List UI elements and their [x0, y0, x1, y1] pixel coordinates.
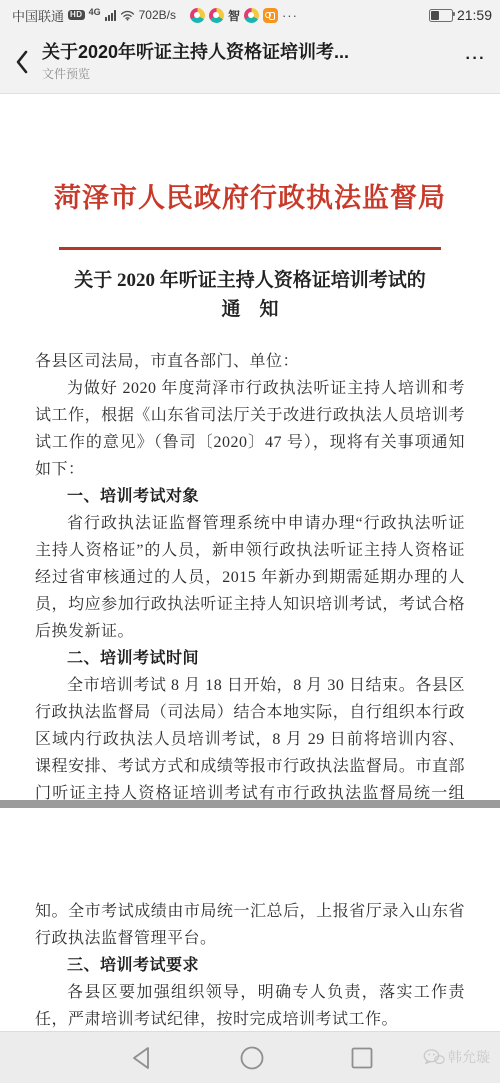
document-preview[interactable]: 菏泽市人民政府行政执法监督局 关于 2020 年听证主持人资格证培训考试的 通 … — [0, 94, 500, 1031]
android-nav-bar: 韩允璇 — [0, 1031, 500, 1083]
wechat-icon — [423, 1048, 445, 1067]
kuaishou-app-icon — [263, 8, 278, 23]
carrier-label: 中国联通 — [12, 6, 64, 25]
watermark: 韩允璇 — [423, 1047, 490, 1067]
zhi-app-icon: 智 — [228, 7, 240, 24]
page-title: 关于2020年听证主持人资格证培训考... — [42, 41, 454, 64]
android-back-icon[interactable] — [129, 1045, 155, 1071]
document-page-2: 知。全市考试成绩由市局统一汇总后，上报省厅录入山东省行政执法监督管理平台。 三、… — [0, 808, 500, 1031]
section2-heading: 二、培训考试时间 — [35, 645, 465, 672]
section3-heading: 三、培训考试要求 — [35, 952, 465, 979]
document-title-line1: 关于 2020 年听证主持人资格证培训考试的 — [35, 266, 465, 295]
android-home-icon[interactable] — [239, 1045, 265, 1071]
pinwheel-app-icon — [244, 8, 259, 23]
document-title-line2: 通 知 — [35, 295, 465, 324]
network-type-label: 4G — [89, 7, 101, 17]
nav-bar: 关于2020年听证主持人资格证培训考... 文件预览 ··· — [0, 30, 500, 94]
agency-header: 菏泽市人民政府行政执法监督局 — [35, 182, 465, 214]
more-menu-icon[interactable]: ··· — [466, 51, 486, 73]
page-break-divider — [0, 800, 500, 808]
red-divider — [59, 247, 441, 250]
clock-label: 21:59 — [457, 7, 492, 23]
pinwheel-app-icon — [190, 8, 205, 23]
status-left: 中国联通 HD 4G 702B/s — [12, 6, 176, 25]
signal-strength-icon — [105, 10, 116, 21]
pinwheel-app-icon — [209, 8, 224, 23]
section3-paragraph: 各县区要加强组织领导，明确专人负责，落实工作责任，严肃培训考试纪律，按时完成培训… — [35, 979, 465, 1031]
section2-continuation-paragraph: 知。全市考试成绩由市局统一汇总后，上报省厅录入山东省行政执法监督管理平台。 — [35, 898, 465, 952]
section1-paragraph: 省行政执法证监督管理系统中申请办理“行政执法听证主持人资格证”的人员，新申领行政… — [35, 510, 465, 645]
phone-screen: 中国联通 HD 4G 702B/s 智 ··· 21:59 — [0, 0, 500, 1083]
page-subtitle: 文件预览 — [42, 65, 454, 82]
hd-volte-icon: HD — [68, 10, 85, 20]
document-body-page2: 知。全市考试成绩由市局统一汇总后，上报省厅录入山东省行政执法监督管理平台。 三、… — [35, 898, 465, 1031]
wifi-icon — [120, 9, 135, 21]
battery-icon — [429, 9, 453, 22]
more-notifications-icon: ··· — [282, 8, 298, 23]
nav-titles: 关于2020年听证主持人资格证培训考... 文件预览 — [42, 41, 454, 83]
status-bar: 中国联通 HD 4G 702B/s 智 ··· 21:59 — [0, 0, 500, 30]
watermark-name: 韩允璇 — [448, 1047, 490, 1067]
intro-paragraph: 为做好 2020 年度菏泽市行政执法听证主持人培训和考试工作，根据《山东省司法厅… — [35, 375, 465, 483]
section2-paragraph: 全市培训考试 8 月 18 日开始，8 月 30 日结束。各县区行政执法监督局（… — [35, 672, 465, 800]
document-body: 各县区司法局，市直各部门、单位： 为做好 2020 年度菏泽市行政执法听证主持人… — [35, 348, 465, 800]
network-speed-label: 702B/s — [139, 8, 176, 22]
back-icon[interactable] — [14, 49, 30, 75]
notification-icons: 智 ··· — [190, 7, 425, 24]
document-title: 关于 2020 年听证主持人资格证培训考试的 通 知 — [35, 266, 465, 324]
salutation: 各县区司法局，市直各部门、单位： — [35, 348, 465, 375]
android-recents-icon[interactable] — [349, 1045, 375, 1071]
section1-heading: 一、培训考试对象 — [35, 483, 465, 510]
status-right: 21:59 — [429, 7, 492, 23]
document-page-1: 菏泽市人民政府行政执法监督局 关于 2020 年听证主持人资格证培训考试的 通 … — [0, 94, 500, 800]
